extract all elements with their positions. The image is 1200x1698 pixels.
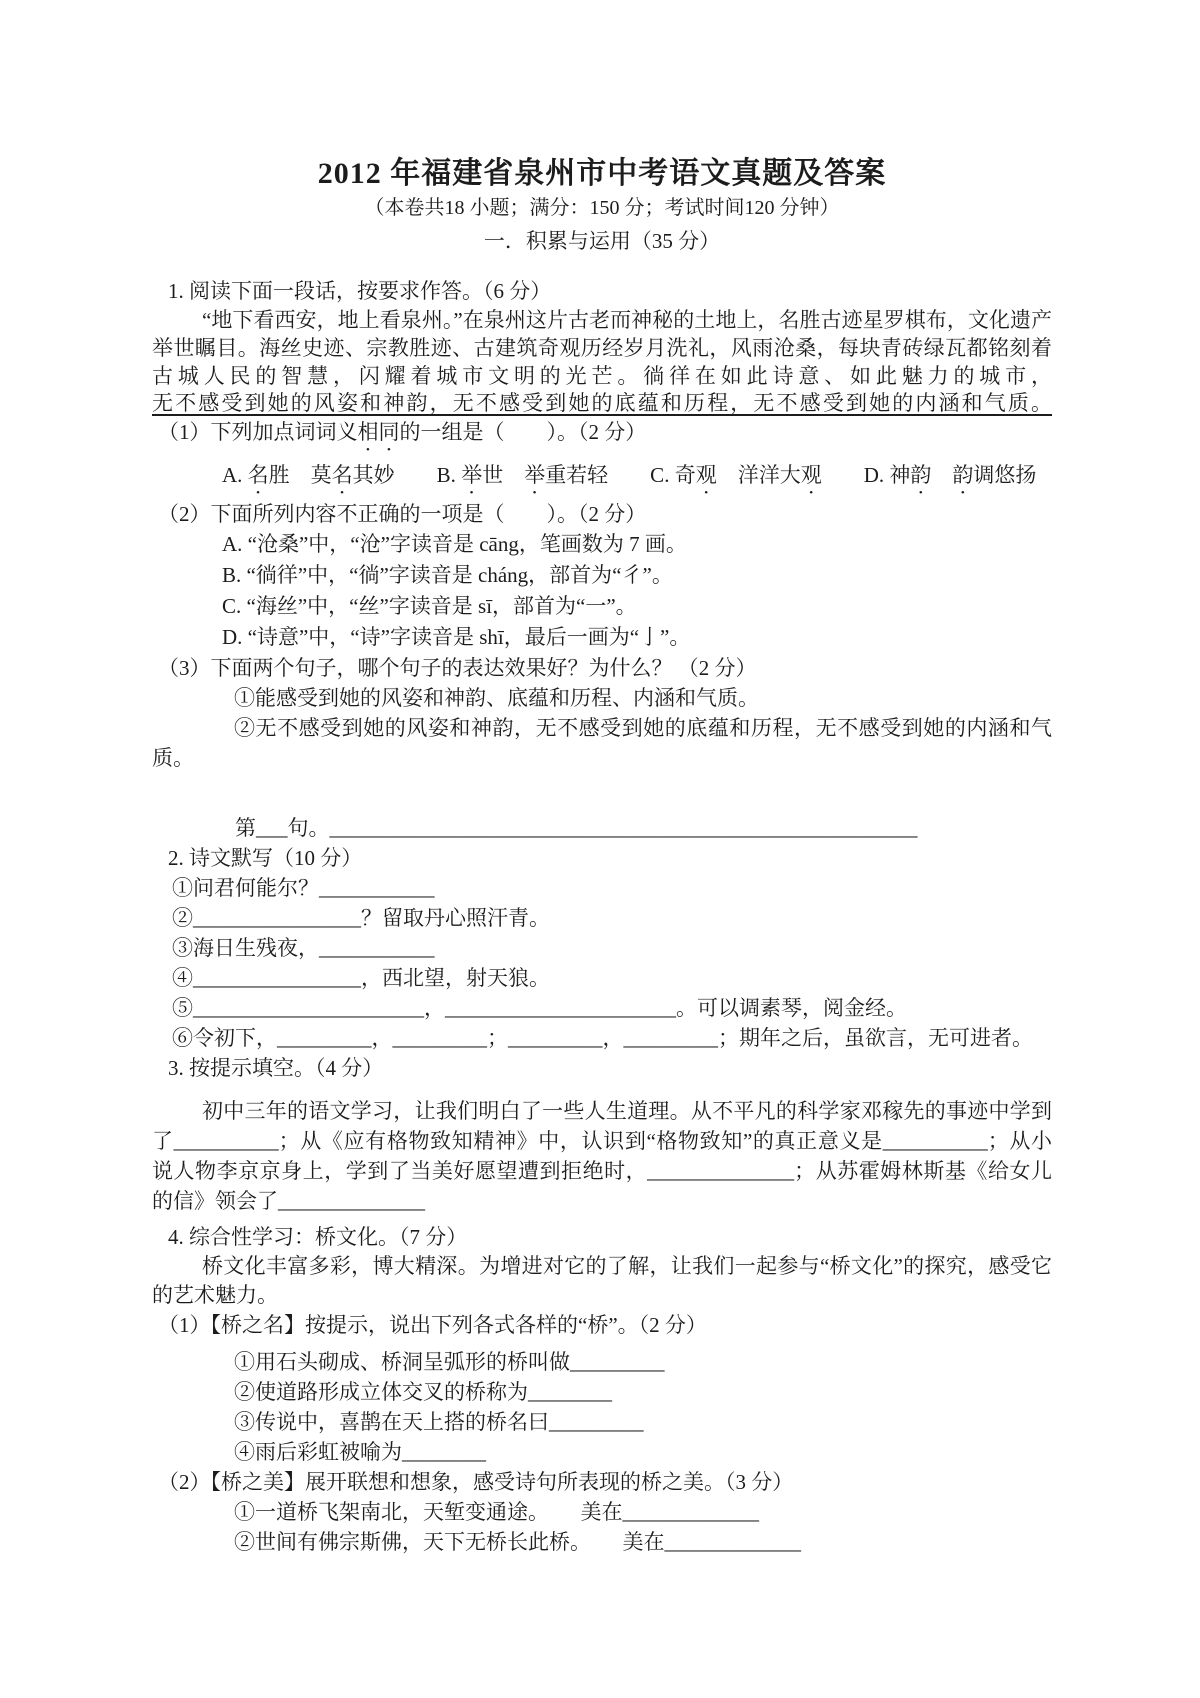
q1-sub2-option-c: C. “海丝”中，“丝”字读音是 sī，部首为“一”。 [222,591,1052,622]
q1-sub3-answer-line: 第___句。__________________________________… [235,813,1052,843]
q1-stem: 1. 阅读下面一段话，按要求作答。（6 分） [168,276,1052,306]
q4-sub2-item-1: ①一道桥飞架南北，天堑变通途。 美在_____________ [234,1497,1052,1527]
q4-intro: 桥文化丰富多彩，博大精深。为增进对它的了解，让我们一起参与“桥文化”的探究，感受… [152,1252,1052,1310]
q1-sub1-stem: （1）下列加点词词义相同的一组是（ ）。（2 分） [158,417,1052,456]
q4-sub1-stem: （1）【桥之名】按提示，说出下列各式各样的“桥”。（2 分） [158,1310,1052,1340]
q1-sub2-option-a: A. “沧桑”中，“沧”字读音是 cāng，笔画数为 7 画。 [222,529,1052,560]
q2-item-2: ②________________？留取丹心照汗青。 [172,903,1052,933]
q2-item-3: ③海日生残夜，___________ [172,933,1052,963]
section-heading: 一．积累与运用（35 分） [152,225,1052,258]
page-title: 2012 年福建省泉州市中考语文真题及答案 [152,156,1052,192]
q2-item-4: ④________________，西北望，射天狼。 [172,963,1052,993]
q3-passage: 初中三年的语文学习，让我们明白了一些人生道理。从不平凡的科学家邓稼先的事迹中学到… [152,1096,1052,1216]
q1-sub3-stem: （3）下面两个句子，哪个句子的表达效果好？为什么？ （2 分） [158,653,1052,683]
q4-stem: 4. 综合性学习：桥文化。（7 分） [168,1222,1052,1252]
q1-sub1-options: A. 名胜 莫名其妙 B. 举世 举重若轻 C. 奇观 洋洋大观 D. 神韵 韵… [222,456,1052,499]
q3-stem: 3. 按提示填空。（4 分） [168,1053,1052,1083]
q1-sub2-option-d: D. “诗意”中，“诗”字读音是 shī，最后一画为“亅”。 [222,622,1052,653]
q4-sub2-stem: （2）【桥之美】展开联想和想象，感受诗句所表现的桥之美。（3 分） [158,1467,1052,1497]
q1-passage-underline: 无不感受到她的风姿和神韵，无不感受到她的底蕴和历程，无不感受到她的内涵和气质。 [152,390,1052,417]
q4-sub1-item-4: ④雨后彩虹被喻为________ [234,1437,1052,1467]
q4-sub1-item-3: ③传说中，喜鹊在天上搭的桥名曰_________ [234,1407,1052,1437]
q1-passage: “地下看西安，地上看泉州。”在泉州这片古老而神秘的土地上，名胜古迹星罗棋布，文化… [152,306,1052,390]
q4-sub2-item-2: ②世间有佛宗斯佛，天下无桥长此桥。 美在_____________ [234,1527,1052,1557]
q1-sub2-option-b: B. “徜徉”中，“徜”字读音是 cháng，部首为“彳”。 [222,560,1052,591]
q4-sub1-item-2: ②使道路形成立体交叉的桥称为________ [234,1377,1052,1407]
q2-item-1: ①问君何能尔？___________ [172,873,1052,903]
q2-stem: 2. 诗文默写（10 分） [168,843,1052,873]
q2-item-5: ⑤______________________，________________… [172,993,1052,1023]
q1-sub3-sentence-2: ②无不感受到她的风姿和神韵，无不感受到她的底蕴和历程，无不感受到她的内涵和气质。 [152,713,1052,773]
q2-item-6: ⑥令初下，_________，_________；_________，_____… [172,1023,1052,1053]
q1-sub2-stem: （2）下面所列内容不正确的一项是（ ）。（2 分） [158,499,1052,529]
q1-sub3-sentence-1: ①能感受到她的风姿和神韵、底蕴和历程、内涵和气质。 [234,683,1052,713]
q4-sub1-item-1: ①用石头砌成、桥洞呈弧形的桥叫做_________ [234,1347,1052,1377]
exam-document-page: 2012 年福建省泉州市中考语文真题及答案 （本卷共18 小题；满分：150 分… [0,0,1200,1698]
exam-info-line: （本卷共18 小题；满分：150 分；考试时间120 分钟） [152,192,1052,225]
